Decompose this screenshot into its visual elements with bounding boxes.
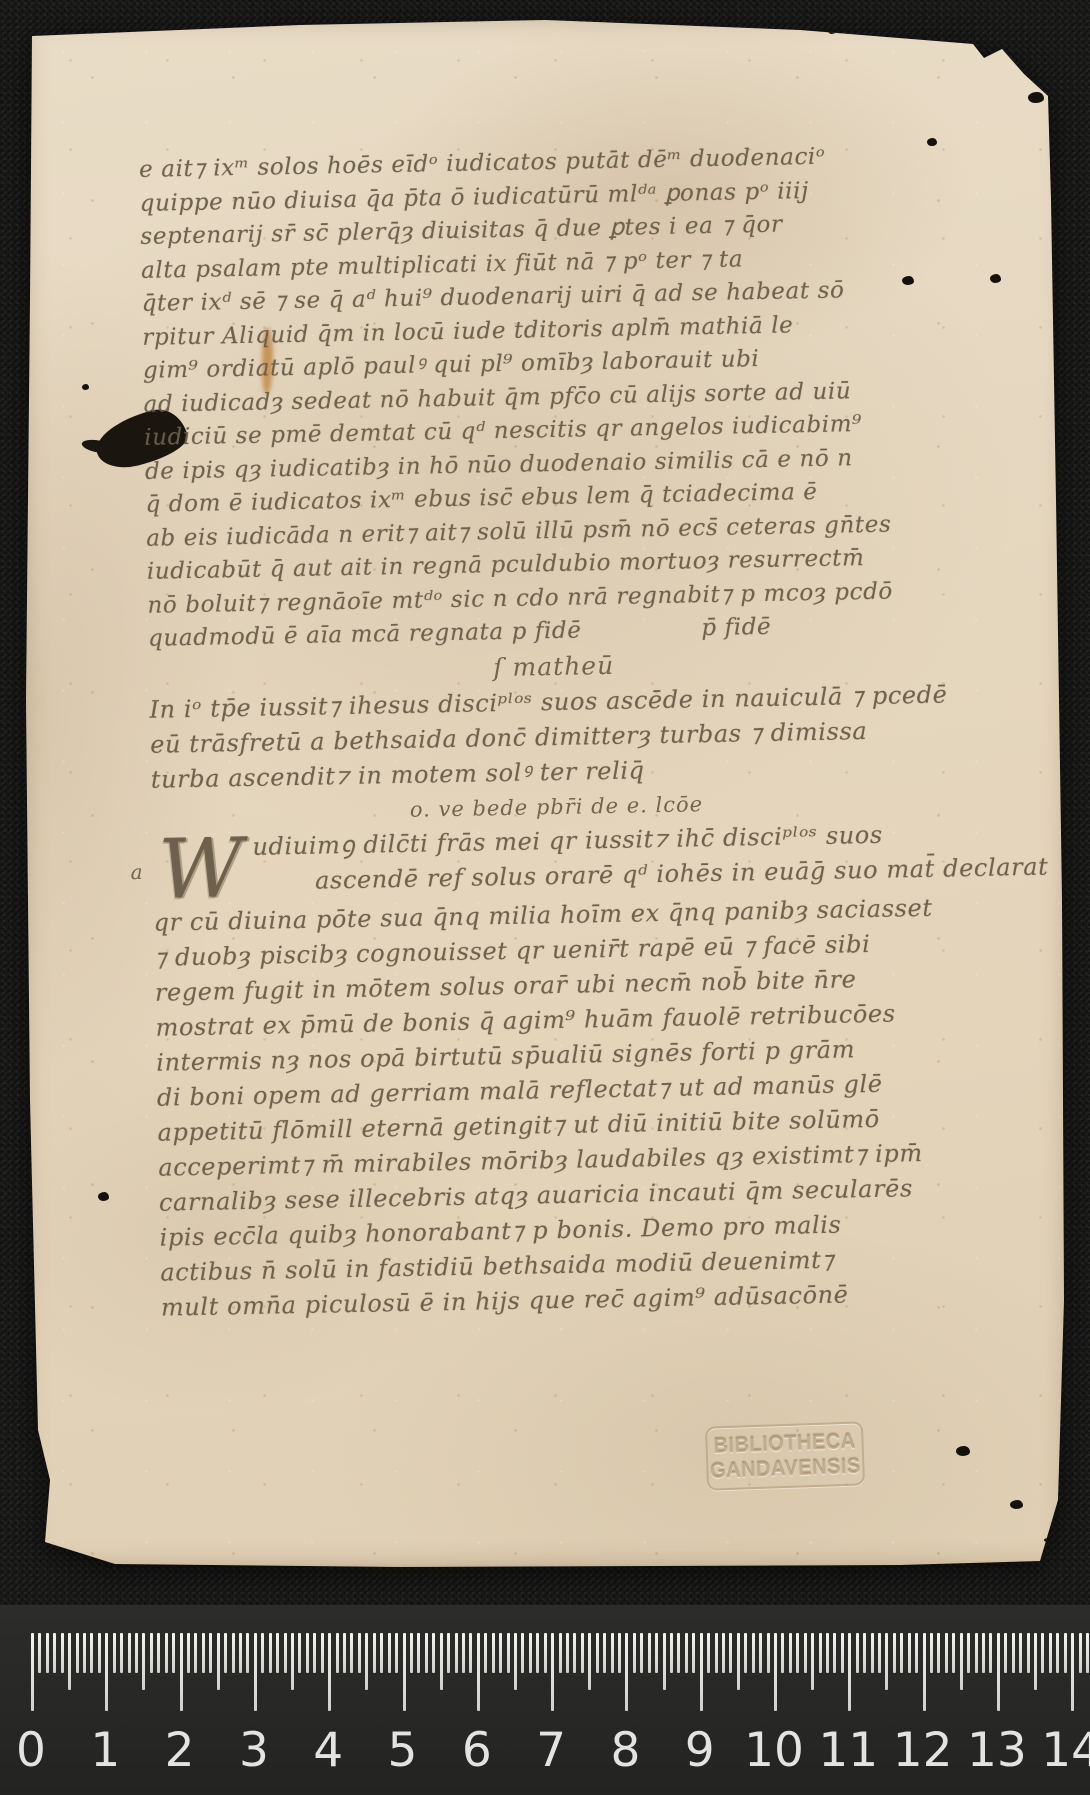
ruler-cm-tick	[625, 1633, 628, 1711]
ruler-mm-tick	[128, 1633, 131, 1673]
ruler-mm-tick	[915, 1633, 918, 1673]
ruler-mm-tick	[596, 1633, 599, 1673]
ruler-cm-tick	[328, 1633, 331, 1711]
ruler-mm-tick	[447, 1633, 450, 1673]
ruler-mm-tick	[640, 1633, 643, 1673]
initial-row: a W udiuimꝯ dilc̄ti frās mei qr iussit⁊ …	[152, 816, 963, 906]
ruler-mm-tick	[967, 1633, 970, 1673]
ruler-mm-tick	[796, 1633, 799, 1673]
ruler-mm-tick	[284, 1633, 287, 1673]
wormhole	[1028, 92, 1044, 103]
ruler-mm-tick	[388, 1633, 391, 1673]
ruler-mm-tick	[930, 1633, 933, 1673]
ruler-mm-tick	[187, 1633, 190, 1673]
ruler-mm-tick	[871, 1633, 874, 1673]
ruler-mm-tick	[358, 1633, 361, 1673]
homily-body-lines: qr cū diuina pōte sua q̄nq milia hoīm ex…	[153, 890, 971, 1325]
ruler-number: 1	[90, 1723, 120, 1778]
ruler-mm-tick	[373, 1633, 376, 1673]
ruler-mm-tick	[1064, 1633, 1067, 1673]
ruler-mm-tick	[365, 1633, 368, 1690]
ruler-mm-tick	[53, 1633, 56, 1673]
ruler-mm-tick	[885, 1633, 888, 1690]
ruler-mm-tick	[841, 1633, 844, 1673]
ruler-mm-tick	[417, 1633, 420, 1673]
ruler-cm-tick	[180, 1633, 183, 1711]
ruler-number: 2	[165, 1723, 195, 1778]
ruler-mm-tick	[707, 1633, 710, 1673]
ruler-mm-tick	[655, 1633, 658, 1673]
ruler-mm-tick	[232, 1633, 235, 1673]
ruler-mm-tick	[61, 1633, 64, 1673]
ruler-mm-tick	[90, 1633, 93, 1673]
ruler-mm-tick	[120, 1633, 123, 1673]
ruler-mm-tick	[1056, 1633, 1059, 1673]
ruler-mm-tick	[856, 1633, 859, 1673]
ruler-mm-tick	[1012, 1633, 1015, 1673]
ruler-mm-tick	[209, 1633, 212, 1673]
ruler-mm-tick	[536, 1633, 539, 1673]
ruler-mm-tick	[767, 1633, 770, 1673]
line-end-mark: p̄ fidē	[701, 611, 771, 646]
ruler-mm-tick	[142, 1633, 145, 1690]
ruler-mm-tick	[811, 1633, 814, 1690]
manuscript-page: e ait⁊ ixᵐ solos hoēs eīdᵒ iudicatos put…	[22, 16, 1068, 1568]
ruler-mm-tick	[98, 1633, 101, 1673]
ruler-cm-tick	[923, 1633, 926, 1711]
ruler-mm-tick	[395, 1633, 398, 1673]
ruler-mm-tick	[306, 1633, 309, 1673]
ruler-mm-tick	[982, 1633, 985, 1673]
ruler-mm-tick	[217, 1633, 220, 1690]
ruler-mm-tick	[68, 1633, 71, 1690]
ruler-number: 8	[610, 1723, 640, 1778]
ruler-mm-tick	[945, 1633, 948, 1673]
ruler-mm-tick	[1086, 1633, 1089, 1673]
initial-lines: udiuimꝯ dilc̄ti frās mei qr iussit⁊ ihc̄…	[252, 814, 1049, 899]
ruler-mm-tick	[1041, 1633, 1044, 1673]
ruler-mm-tick	[722, 1633, 725, 1673]
ruler-mm-tick	[440, 1633, 443, 1690]
ruler-cm-tick	[774, 1633, 777, 1711]
ruler-mm-tick	[789, 1633, 792, 1673]
decorated-initial: W	[158, 834, 244, 906]
wormhole	[1010, 1500, 1023, 1509]
wormhole	[98, 1192, 109, 1201]
ruler-mm-tick	[1019, 1633, 1022, 1673]
ruler-cm-tick	[477, 1633, 480, 1711]
ruler-mm-tick	[410, 1633, 413, 1673]
ruler-mm-tick	[1027, 1633, 1030, 1673]
ruler-number: 12	[893, 1723, 953, 1778]
margin-letter: a	[130, 859, 142, 883]
ruler-cm-tick	[254, 1633, 257, 1711]
ruler-mm-tick	[863, 1633, 866, 1673]
ruler-mm-tick	[573, 1633, 576, 1673]
ruler-mm-tick	[425, 1633, 428, 1673]
ruler-mm-tick	[202, 1633, 205, 1673]
ruler-mm-tick	[819, 1633, 822, 1673]
ruler-number: 11	[818, 1723, 878, 1778]
ruler-mm-tick	[484, 1633, 487, 1673]
ruler-mm-tick	[960, 1633, 963, 1690]
ruler: 01234567891011121314	[0, 1605, 1090, 1795]
ruler-number: 14	[1041, 1723, 1090, 1778]
ruler-mm-tick	[172, 1633, 175, 1673]
ruler-mm-tick	[559, 1633, 562, 1673]
ruler-mm-tick	[833, 1633, 836, 1673]
ruler-mm-tick	[150, 1633, 153, 1673]
ruler-mm-tick	[685, 1633, 688, 1673]
ruler-mm-tick	[76, 1633, 79, 1673]
ruler-mm-tick	[826, 1633, 829, 1673]
ruler-mm-tick	[759, 1633, 762, 1673]
ruler-mm-tick	[462, 1633, 465, 1673]
ruler-mm-tick	[566, 1633, 569, 1673]
ruler-mm-tick	[618, 1633, 621, 1673]
ruler-mm-tick	[588, 1633, 591, 1690]
ruler-mm-tick	[1049, 1633, 1052, 1673]
ruler-mm-tick	[135, 1633, 138, 1673]
ruler-mm-tick	[581, 1633, 584, 1673]
ruler-number: 7	[536, 1723, 566, 1778]
ruler-mm-tick	[38, 1633, 41, 1673]
ruler-mm-tick	[744, 1633, 747, 1673]
ruler-number: 5	[388, 1723, 418, 1778]
wormhole	[828, 28, 836, 34]
ruler-mm-tick	[975, 1633, 978, 1673]
ruler-mm-tick	[298, 1633, 301, 1673]
ruler-mm-tick	[239, 1633, 242, 1673]
ruler-mm-tick	[276, 1633, 279, 1673]
ruler-mm-tick	[670, 1633, 673, 1673]
ruler-mm-tick	[291, 1633, 294, 1690]
manuscript-text: e ait⁊ ixᵐ solos hoēs eīdᵒ iudicatos put…	[139, 138, 971, 1325]
ruler-cm-tick	[848, 1633, 851, 1711]
ruler-number: 9	[685, 1723, 715, 1778]
ruler-mm-tick	[544, 1633, 547, 1673]
ruler-mm-tick	[529, 1633, 532, 1673]
ruler-mm-tick	[261, 1633, 264, 1673]
ruler-mm-tick	[804, 1633, 807, 1673]
ruler-mm-tick	[989, 1633, 992, 1673]
ruler-mm-tick	[492, 1633, 495, 1673]
ruler-mm-tick	[611, 1633, 614, 1673]
ruler-mm-tick	[507, 1633, 510, 1673]
ruler-mm-tick	[908, 1633, 911, 1673]
ruler-cm-tick	[31, 1633, 34, 1711]
ruler-mm-tick	[350, 1633, 353, 1673]
wormhole	[990, 274, 1001, 283]
ruler-mm-tick	[1079, 1633, 1082, 1673]
ruler-mm-tick	[165, 1633, 168, 1673]
library-stamp: BIBLIOTHECA GANDAVENSIS	[705, 1421, 865, 1490]
ruler-mm-tick	[633, 1633, 636, 1673]
ruler-mm-tick	[663, 1633, 666, 1690]
ruler-mm-tick	[752, 1633, 755, 1673]
ruler-mm-tick	[648, 1633, 651, 1673]
ruler-mm-tick	[1034, 1633, 1037, 1690]
text-block-homily: a W udiuimꝯ dilc̄ti frās mei qr iussit⁊ …	[152, 816, 971, 1325]
ruler-number: 0	[16, 1723, 46, 1778]
ruler-mm-tick	[937, 1633, 940, 1673]
ruler-mm-tick	[1004, 1633, 1007, 1673]
ruler-cm-tick	[1071, 1633, 1074, 1711]
ruler-mm-tick	[729, 1633, 732, 1673]
ruler-mm-tick	[321, 1633, 324, 1673]
paper-wrapper: e ait⁊ ixᵐ solos hoēs eīdᵒ iudicatos put…	[0, 0, 1046, 1552]
ruler-mm-tick	[737, 1633, 740, 1690]
ruler-mm-tick	[893, 1633, 896, 1673]
manuscript-photo-scene: e ait⁊ ixᵐ solos hoēs eīdᵒ iudicatos put…	[0, 0, 1090, 1795]
ruler-mm-tick	[380, 1633, 383, 1673]
ruler-mm-tick	[113, 1633, 116, 1673]
wormhole	[956, 1446, 970, 1456]
ruler-cm-tick	[997, 1633, 1000, 1711]
ruler-mm-tick	[952, 1633, 955, 1673]
ruler-mm-tick	[469, 1633, 472, 1673]
text-block-upper: e ait⁊ ixᵐ solos hoēs eīdᵒ iudicatos put…	[139, 138, 958, 622]
ruler-mm-tick	[224, 1633, 227, 1673]
ruler-cm-tick	[700, 1633, 703, 1711]
ruler-mm-tick	[900, 1633, 903, 1673]
ruler-mm-tick	[83, 1633, 86, 1673]
ruler-mm-tick	[499, 1633, 502, 1673]
ruler-mm-tick	[246, 1633, 249, 1673]
ruler-mm-tick	[343, 1633, 346, 1673]
text-block-pericope: In iᵒ tp̄e iussit⁊ ihesus disciᵖˡᵒˢ suos…	[149, 677, 961, 798]
ruler-mm-tick	[269, 1633, 272, 1673]
ruler-mm-tick	[781, 1633, 784, 1673]
ruler-number: 13	[967, 1723, 1027, 1778]
ruler-mm-tick	[692, 1633, 695, 1673]
ruler-mm-tick	[313, 1633, 316, 1673]
ruler-mm-tick	[677, 1633, 680, 1673]
stamp-line-2: GANDAVENSIS	[708, 1453, 863, 1485]
ruler-number: 6	[462, 1723, 492, 1778]
wormhole	[82, 384, 89, 390]
ruler-mm-tick	[336, 1633, 339, 1673]
ruler-cm-tick	[551, 1633, 554, 1711]
ruler-number: 10	[744, 1723, 804, 1778]
ruler-mm-tick	[603, 1633, 606, 1673]
ruler-mm-tick	[878, 1633, 881, 1673]
ruler-mm-tick	[46, 1633, 49, 1673]
ruler-number: 4	[313, 1723, 343, 1778]
ruler-mm-tick	[157, 1633, 160, 1673]
ruler-mm-tick	[514, 1633, 517, 1690]
ruler-cm-tick	[105, 1633, 108, 1711]
ruler-mm-tick	[432, 1633, 435, 1673]
ruler-mm-tick	[455, 1633, 458, 1673]
ruler-number: 3	[239, 1723, 269, 1778]
ruler-mm-tick	[715, 1633, 718, 1673]
ruler-mm-tick	[521, 1633, 524, 1673]
ruler-cm-tick	[403, 1633, 406, 1711]
ruler-mm-tick	[194, 1633, 197, 1673]
